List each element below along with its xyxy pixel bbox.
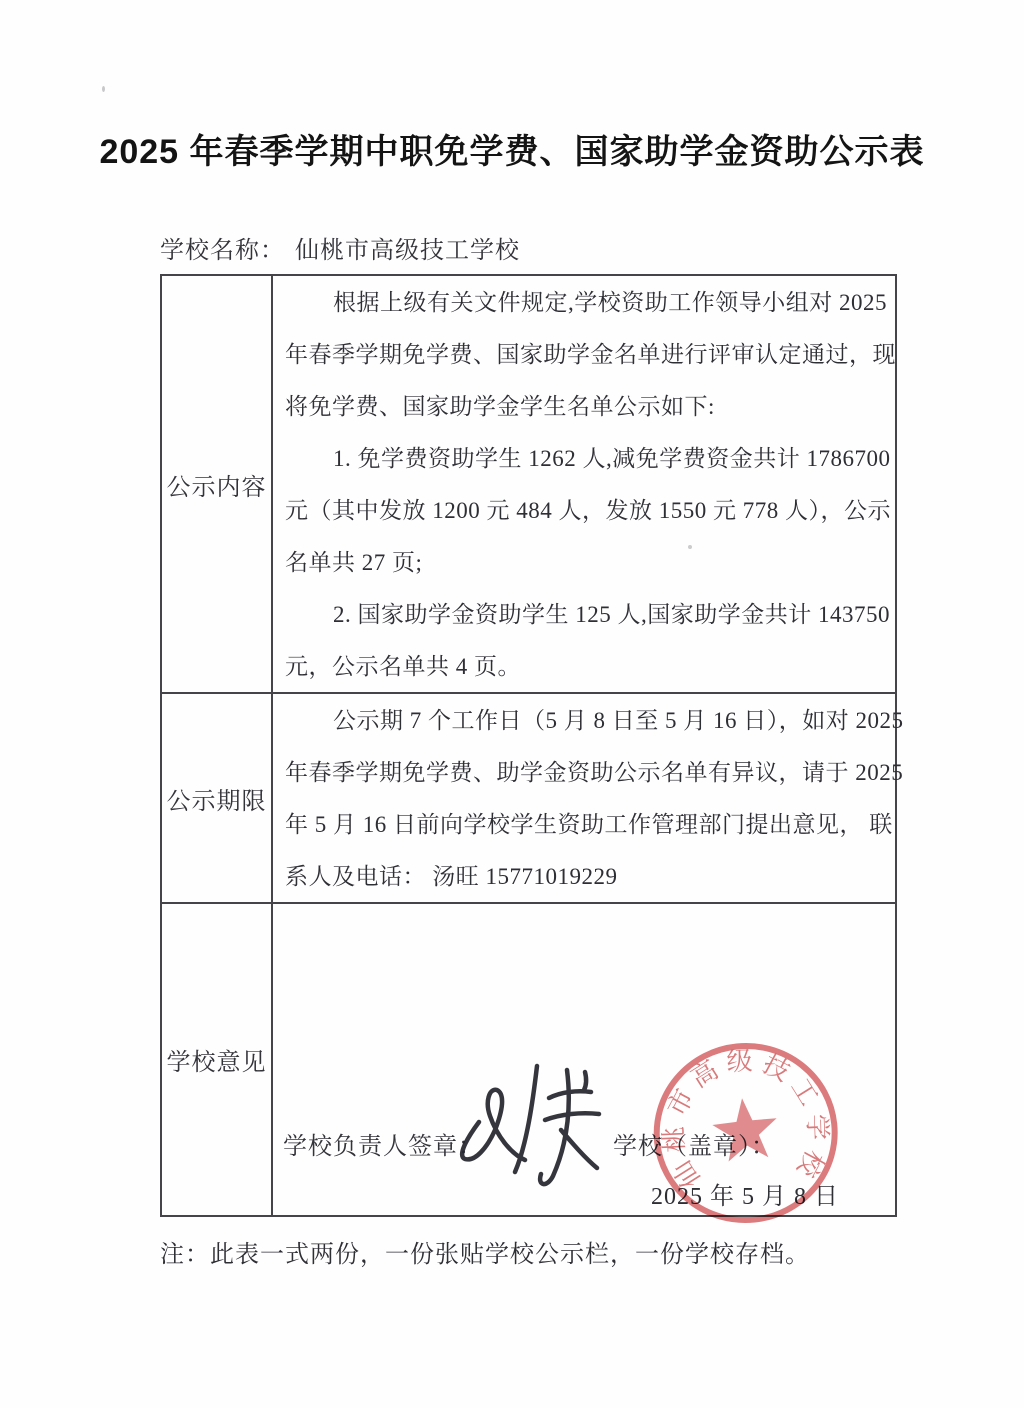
table-row-content: 公示内容 根据上级有关文件规定,学校资助工作领导小组对 2025 年春季学期免学… — [162, 276, 895, 692]
row-label-publicity-period: 公示期限 — [162, 694, 273, 902]
content-line: 名单共 27 页; — [285, 537, 896, 589]
content-line: 根据上级有关文件规定,学校资助工作领导小组对 2025 — [285, 277, 896, 329]
school-seal-stamp: 仙桃市高级技工学校 — [639, 1028, 852, 1243]
row-label-publicity-content: 公示内容 — [162, 276, 273, 692]
school-name-line: 学校名称：仙桃市高级技工学校 — [160, 230, 520, 265]
school-name-label: 学校名称： — [160, 238, 285, 264]
publicity-period-cell: 公示期 7 个工作日（5 月 8 日至 5 月 16 日），如对 2025 年春… — [273, 694, 910, 902]
row-label-school-opinion: 学校意见 — [162, 904, 273, 1215]
scanned-document-page: 2025 年春季学期中职免学费、国家助学金资助公示表 学校名称：仙桃市高级技工学… — [0, 0, 1024, 1408]
content-line: 元，公示名单共 4 页。 — [285, 641, 896, 693]
content-line: 年 5 月 16 日前向学校学生资助工作管理部门提出意见， 联 — [285, 799, 904, 851]
document-title: 2025 年春季学期中职免学费、国家助学金资助公示表 — [0, 124, 1024, 173]
scan-artifact — [102, 86, 105, 92]
content-line: 元（其中发放 1200 元 484 人，发放 1550 元 778 人），公示 — [285, 485, 896, 537]
content-line: 系人及电话： 汤旺 15771019229 — [285, 851, 904, 903]
content-line: 2. 国家助学金资助学生 125 人,国家助学金共计 143750 — [285, 589, 896, 641]
content-line: 1. 免学费资助学生 1262 人,减免学费资金共计 1786700 — [285, 433, 896, 485]
content-line: 将免学费、国家助学金学生名单公示如下: — [285, 381, 896, 433]
school-opinion-cell: 学校负责人签章： 学校（盖章）： 2025 年 5 月 8 日 — [273, 904, 895, 1215]
principal-signature-handwriting — [449, 1060, 617, 1192]
table-row-period: 公示期限 公示期 7 个工作日（5 月 8 日至 5 月 16 日），如对 20… — [162, 692, 895, 902]
school-name-value: 仙桃市高级技工学校 — [295, 238, 520, 264]
seal-star-icon — [710, 1095, 781, 1163]
footnote: 注：此表一式两份，一份张贴学校公示栏，一份学校存档。 — [160, 1234, 810, 1269]
publicity-content-cell: 根据上级有关文件规定,学校资助工作领导小组对 2025 年春季学期免学费、国家助… — [273, 276, 902, 692]
table-row-opinion: 学校意见 学校负责人签章： 学校（盖章）： 2025 年 5 月 8 — [162, 902, 895, 1215]
content-line: 公示期 7 个工作日（5 月 8 日至 5 月 16 日），如对 2025 — [285, 695, 904, 747]
announcement-table: 公示内容 根据上级有关文件规定,学校资助工作领导小组对 2025 年春季学期免学… — [160, 274, 897, 1217]
content-line: 年春季学期免学费、助学金资助公示名单有异议，请于 2025 — [285, 747, 904, 799]
content-line: 年春季学期免学费、国家助学金名单进行评审认定通过，现 — [285, 329, 896, 381]
